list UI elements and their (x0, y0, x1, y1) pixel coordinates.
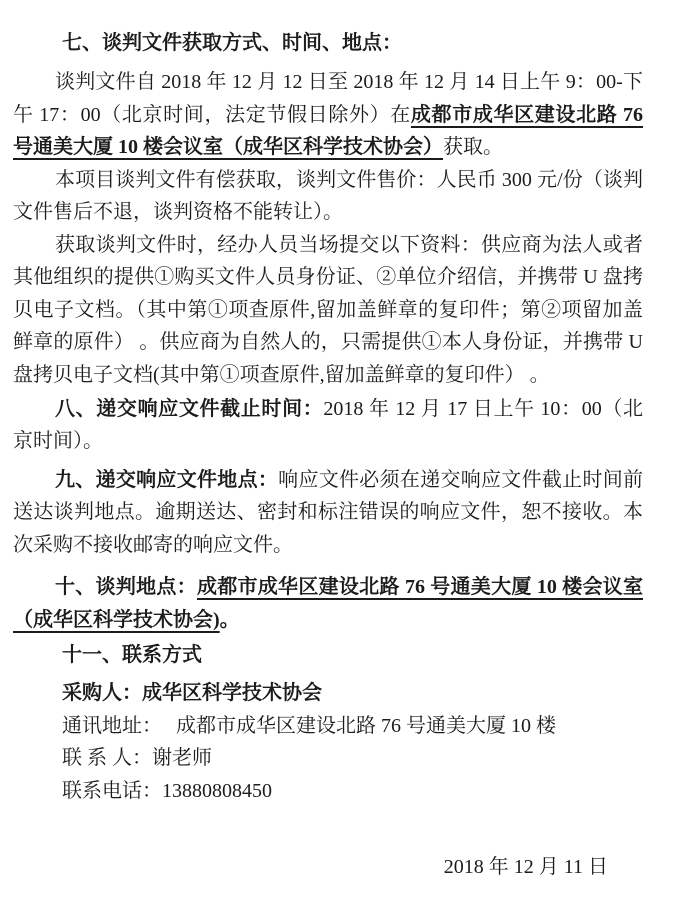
document-page: 七、谈判文件获取方式、时间、地点： 谈判文件自 2018 年 12 月 12 日… (0, 0, 691, 904)
section-7-paragraph-1: 谈判文件自 2018 年 12 月 12 日至 2018 年 12 月 14 日… (13, 66, 643, 164)
contact-buyer-line: 采购人：成华区科学技术协会 (62, 677, 643, 710)
section-8-line: 八、递交响应文件截止时间：2018 年 12 月 17 日上午 10：00（北京… (13, 393, 643, 458)
contact-block: 采购人：成华区科学技术协会 通讯地址：成都市成华区建设北路 76 号通美大厦 1… (62, 677, 643, 807)
section-7-paragraph-2: 本项目谈判文件有偿获取，谈判文件售价：人民币 300 元/份（谈判文件售后不退，… (13, 164, 643, 229)
section-11-heading: 十一、联系方式 (13, 639, 643, 672)
contact-person-line: 联 系 人：谢老师 (62, 742, 643, 775)
section-10-tail: 。 (220, 609, 240, 631)
section-7-paragraph-3: 获取谈判文件时，经办人员当场提交以下资料：供应商为法人或者其他组织的提供①购买文… (13, 229, 643, 392)
contact-address-value: 成都市成华区建设北路 76 号通美大厦 10 楼 (176, 715, 556, 737)
contact-phone-line: 联系电话：13880808450 (62, 775, 643, 808)
contact-person-label: 联 系 人： (62, 747, 152, 769)
section-9-label: 九、递交响应文件地点： (55, 469, 278, 491)
section-7-heading: 七、谈判文件获取方式、时间、地点： (13, 27, 643, 60)
contact-buyer-label: 采购人： (62, 682, 142, 704)
contact-person-value: 谢老师 (152, 747, 212, 769)
document-date: 2018 年 12 月 11 日 (13, 851, 608, 884)
contact-address-label: 通讯地址： (62, 715, 162, 737)
section-9-paragraph: 九、递交响应文件地点：响应文件必须在递交响应文件截止时间前送达谈判地点。逾期送达… (13, 464, 643, 562)
contact-phone-value: 13880808450 (162, 780, 272, 802)
section-10-label: 十、谈判地点： (55, 576, 197, 598)
contact-phone-label: 联系电话： (62, 780, 162, 802)
section-10-line: 十、谈判地点：成都市成华区建设北路 76 号通美大厦 10 楼会议室（成华区科学… (13, 571, 643, 636)
s7-p1-tail: 获取。 (443, 136, 503, 158)
section-8-label: 八、递交响应文件截止时间： (55, 398, 323, 420)
contact-address-line: 通讯地址：成都市成华区建设北路 76 号通美大厦 10 楼 (62, 710, 643, 743)
contact-buyer-value: 成华区科学技术协会 (142, 682, 322, 704)
